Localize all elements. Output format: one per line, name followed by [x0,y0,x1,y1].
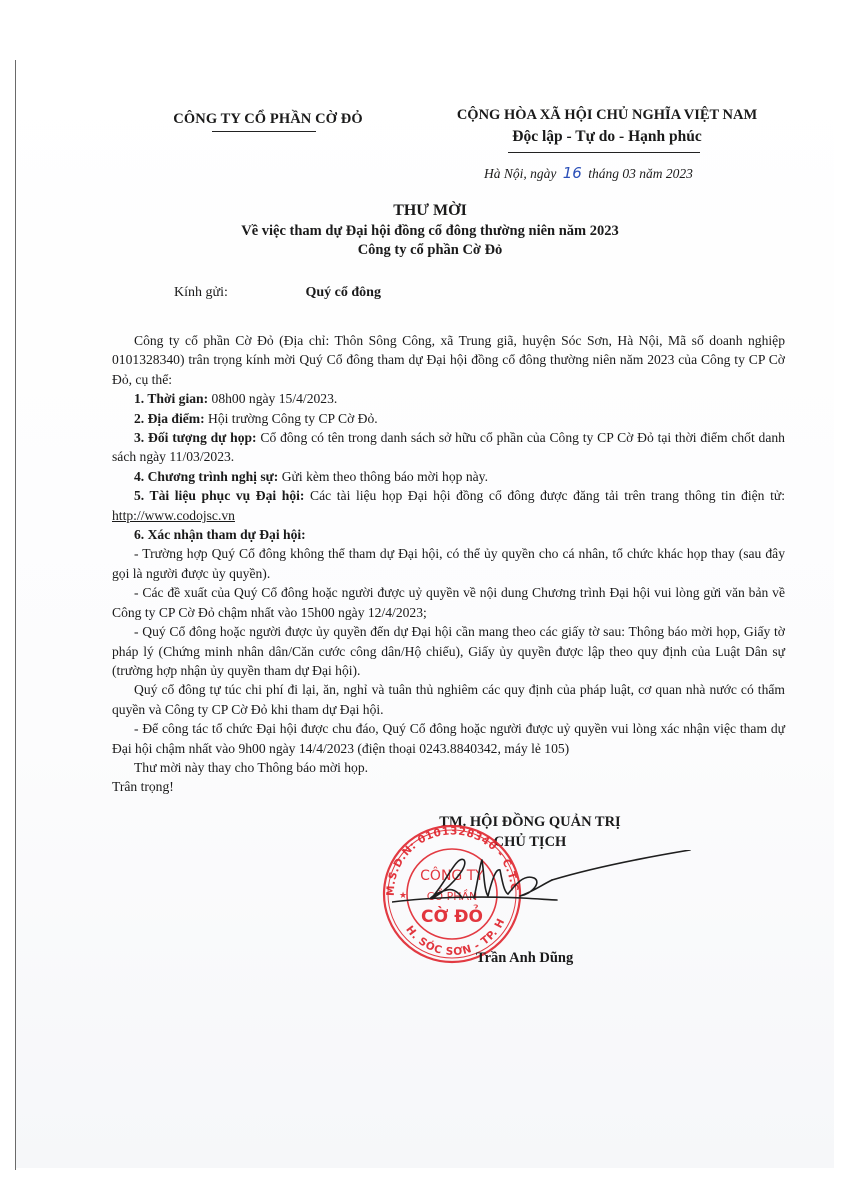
letter-subject: Về việc tham dự Đại hội đồng cổ đông thư… [150,222,710,241]
item-confirmation: 6. Xác nhận tham dự Đại hội: [112,525,785,544]
dateline: Hà Nội, ngày 16 tháng 03 năm 2023 [484,164,693,182]
item-time: 1. Thời gian: 08h00 ngày 15/4/2023. [112,389,785,408]
letter-title-block: THƯ MỜI Về việc tham dự Đại hội đồng cổ … [150,200,710,260]
closing: Trân trọng! [112,777,785,796]
motto-underline [508,152,700,153]
item-text: 08h00 ngày 15/4/2023. [208,391,337,406]
item-label: 2. Địa điểm: [134,411,205,426]
greeting-label: Kính gửi: [174,285,302,301]
signer-name: Trần Anh Dũng [476,950,573,967]
closing-note: Thư mời này thay cho Thông báo mời họp. [112,758,785,777]
dateline-prefix: Hà Nội, ngày [484,166,556,181]
item-venue: 2. Địa điểm: Hội trường Công ty CP Cờ Đỏ… [112,409,785,428]
item-text: Hội trường Công ty CP Cờ Đỏ. [205,411,378,426]
confirmation-point: Quý cổ đông tự túc chi phí đi lại, ăn, n… [112,680,785,719]
letter-title: THƯ MỜI [150,200,710,222]
item-documents: 5. Tài liệu phục vụ Đại hội: Các tài liệ… [112,486,785,525]
confirmation-point: - Để công tác tổ chức Đại hội được chu đ… [112,719,785,758]
item-label: 5. Tài liệu phục vụ Đại hội: [134,488,304,503]
website-link[interactable]: http://www.codojsc.vn [112,508,235,523]
greeting-recipient: Quý cổ đông [306,285,381,300]
invitation-letter: CÔNG TY CỔ PHẦN CỜ ĐỎ CỘNG HÒA XÃ HỘI CH… [0,0,849,1200]
intro-paragraph: Công ty cổ phần Cờ Đỏ (Địa chỉ: Thôn Sôn… [112,331,785,389]
signature-icon [392,850,692,940]
item-text: Các tài liệu họp Đại hội đồng cổ đông đư… [304,488,785,503]
national-header: CỘNG HÒA XÃ HỘI CHỦ NGHĨA VIỆT NAM Độc l… [430,105,784,147]
handwritten-day: 16 [560,164,585,182]
item-text: Gửi kèm theo thông báo mời họp này. [278,469,488,484]
issuer-underline [212,131,316,132]
item-agenda: 4. Chương trình nghị sự: Gửi kèm theo th… [112,467,785,486]
confirmation-point: - Trường hợp Quý Cổ đông không thể tham … [112,544,785,583]
national-title: CỘNG HÒA XÃ HỘI CHỦ NGHĨA VIỆT NAM [430,105,784,126]
item-label: 4. Chương trình nghị sự: [134,469,278,484]
dateline-suffix: tháng 03 năm 2023 [588,166,693,181]
national-motto: Độc lập - Tự do - Hạnh phúc [430,126,784,147]
letter-company: Công ty cổ phần Cờ Đỏ [150,241,710,260]
item-label: 6. Xác nhận tham dự Đại hội: [134,527,306,542]
issuer-name: CÔNG TY CỔ PHẦN CỜ ĐỎ [168,111,368,128]
item-attendees: 3. Đối tượng dự họp: Cổ đông có tên tron… [112,428,785,467]
confirmation-point: - Quý Cổ đông hoặc người được ủy quyền đ… [112,622,785,680]
item-label: 1. Thời gian: [134,391,208,406]
confirmation-point: - Các đề xuất của Quý Cổ đông hoặc người… [112,583,785,622]
greeting: Kính gửi: Quý cổ đông [174,285,381,301]
item-label: 3. Đối tượng dự họp: [134,430,257,445]
letter-body: Công ty cổ phần Cờ Đỏ (Địa chỉ: Thôn Sôn… [112,331,785,797]
